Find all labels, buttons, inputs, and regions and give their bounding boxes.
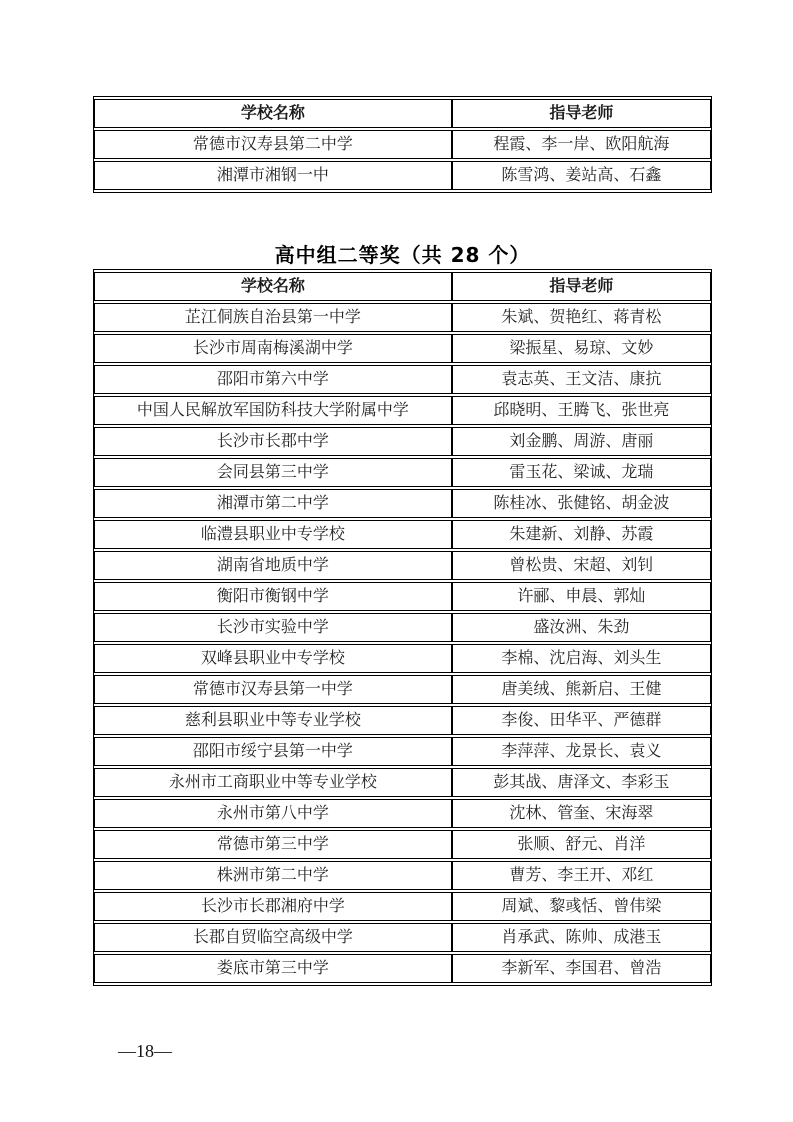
teachers-cell: 曹芳、李王开、邓红 bbox=[452, 861, 711, 890]
teachers-cell: 朱斌、贺艳红、蒋青松 bbox=[452, 303, 711, 332]
teachers-cell: 曾松贵、宋超、刘钊 bbox=[452, 551, 711, 580]
table-row: 常德市第三中学张顺、舒元、肖洋 bbox=[94, 830, 711, 859]
table-row: 邵阳市第六中学袁志英、王文洁、康抗 bbox=[94, 365, 711, 394]
table-row: 长沙市长郡中学刘金鹏、周游、唐丽 bbox=[94, 427, 711, 456]
school-name-cell: 双峰县职业中专学校 bbox=[94, 644, 452, 673]
table-body: 常德市汉寿县第二中学程霞、李一岸、欧阳航海湘潭市湘钢一中陈雪鸿、姜站高、石鑫 bbox=[94, 130, 711, 190]
school-name-cell: 长沙市实验中学 bbox=[94, 613, 452, 642]
school-name-cell: 临澧县职业中专学校 bbox=[94, 520, 452, 549]
school-name-cell: 永州市工商职业中等专业学校 bbox=[94, 768, 452, 797]
teachers-cell: 程霞、李一岸、欧阳航海 bbox=[452, 130, 711, 159]
teachers-cell: 刘金鹏、周游、唐丽 bbox=[452, 427, 711, 456]
school-name-cell: 长沙市周南梅溪湖中学 bbox=[94, 334, 452, 363]
teachers-cell: 周斌、黎彧恬、曾伟梁 bbox=[452, 892, 711, 921]
school-name-cell: 长沙市长郡湘府中学 bbox=[94, 892, 452, 921]
teachers-cell: 李棉、沈启海、刘头生 bbox=[452, 644, 711, 673]
table-row: 长沙市长郡湘府中学周斌、黎彧恬、曾伟梁 bbox=[94, 892, 711, 921]
table-row: 衡阳市衡钢中学许郦、申晨、郭灿 bbox=[94, 582, 711, 611]
table-row: 湘潭市湘钢一中陈雪鸿、姜站高、石鑫 bbox=[94, 161, 711, 190]
table-row: 株洲市第二中学曹芳、李王开、邓红 bbox=[94, 861, 711, 890]
table-row: 永州市第八中学沈林、管奎、宋海翠 bbox=[94, 799, 711, 828]
school-name-cell: 常德市第三中学 bbox=[94, 830, 452, 859]
school-name-cell: 会同县第三中学 bbox=[94, 458, 452, 487]
teachers-cell: 彭其战、唐泽文、李彩玉 bbox=[452, 768, 711, 797]
teachers-cell: 沈林、管奎、宋海翠 bbox=[452, 799, 711, 828]
table-row: 会同县第三中学雷玉花、梁诚、龙瑞 bbox=[94, 458, 711, 487]
teachers-cell: 梁振星、易琼、文妙 bbox=[452, 334, 711, 363]
school-name-cell: 湘潭市湘钢一中 bbox=[94, 161, 452, 190]
table-body: 芷江侗族自治县第一中学朱斌、贺艳红、蒋青松长沙市周南梅溪湖中学梁振星、易琼、文妙… bbox=[94, 303, 711, 983]
school-name-cell: 中国人民解放军国防科技大学附属中学 bbox=[94, 396, 452, 425]
table-row: 湖南省地质中学曾松贵、宋超、刘钊 bbox=[94, 551, 711, 580]
column-header-school-name: 学校名称 bbox=[94, 272, 452, 301]
table-row: 邵阳市绥宁县第一中学李萍萍、龙景长、袁义 bbox=[94, 737, 711, 766]
school-name-cell: 湖南省地质中学 bbox=[94, 551, 452, 580]
school-name-cell: 长沙市长郡中学 bbox=[94, 427, 452, 456]
teachers-cell: 李俊、田华平、严德群 bbox=[452, 706, 711, 735]
table-row: 长沙市周南梅溪湖中学梁振星、易琼、文妙 bbox=[94, 334, 711, 363]
school-teacher-table: 学校名称 指导老师 常德市汉寿县第二中学程霞、李一岸、欧阳航海湘潭市湘钢一中陈雪… bbox=[94, 97, 711, 192]
school-name-cell: 常德市汉寿县第一中学 bbox=[94, 675, 452, 704]
school-name-cell: 邵阳市第六中学 bbox=[94, 365, 452, 394]
column-header-teachers: 指导老师 bbox=[452, 272, 711, 301]
school-name-cell: 长郡自贸临空高级中学 bbox=[94, 923, 452, 952]
teachers-cell: 许郦、申晨、郭灿 bbox=[452, 582, 711, 611]
table-row: 临澧县职业中专学校朱建新、刘静、苏霞 bbox=[94, 520, 711, 549]
teachers-cell: 袁志英、王文洁、康抗 bbox=[452, 365, 711, 394]
school-name-cell: 娄底市第三中学 bbox=[94, 954, 452, 983]
table-row: 芷江侗族自治县第一中学朱斌、贺艳红、蒋青松 bbox=[94, 303, 711, 332]
table-row: 慈利县职业中等专业学校李俊、田华平、严德群 bbox=[94, 706, 711, 735]
page-number: —18— bbox=[118, 1041, 172, 1062]
school-name-cell: 慈利县职业中等专业学校 bbox=[94, 706, 452, 735]
table-row: 长郡自贸临空高级中学肖承武、陈帅、成港玉 bbox=[94, 923, 711, 952]
table-row: 常德市汉寿县第二中学程霞、李一岸、欧阳航海 bbox=[94, 130, 711, 159]
table-row: 双峰县职业中专学校李棉、沈启海、刘头生 bbox=[94, 644, 711, 673]
table-row: 长沙市实验中学盛汝洲、朱劲 bbox=[94, 613, 711, 642]
column-header-teachers: 指导老师 bbox=[452, 99, 711, 128]
teachers-cell: 张顺、舒元、肖洋 bbox=[452, 830, 711, 859]
teachers-cell: 唐美绒、熊新启、王健 bbox=[452, 675, 711, 704]
continued-award-table: 学校名称 指导老师 常德市汉寿县第二中学程霞、李一岸、欧阳航海湘潭市湘钢一中陈雪… bbox=[93, 96, 712, 193]
teachers-cell: 陈桂冰、张健铭、胡金波 bbox=[452, 489, 711, 518]
school-name-cell: 芷江侗族自治县第一中学 bbox=[94, 303, 452, 332]
school-name-cell: 衡阳市衡钢中学 bbox=[94, 582, 452, 611]
section-title-second-prize: 高中组二等奖（共 28 个） bbox=[93, 239, 712, 268]
teachers-cell: 邱晓明、王腾飞、张世亮 bbox=[452, 396, 711, 425]
teachers-cell: 陈雪鸿、姜站高、石鑫 bbox=[452, 161, 711, 190]
document-page: 学校名称 指导老师 常德市汉寿县第二中学程霞、李一岸、欧阳航海湘潭市湘钢一中陈雪… bbox=[0, 0, 793, 1122]
school-teacher-table: 学校名称 指导老师 芷江侗族自治县第一中学朱斌、贺艳红、蒋青松长沙市周南梅溪湖中… bbox=[94, 270, 711, 985]
table-header-row: 学校名称 指导老师 bbox=[94, 99, 711, 128]
teachers-cell: 盛汝洲、朱劲 bbox=[452, 613, 711, 642]
teachers-cell: 雷玉花、梁诚、龙瑞 bbox=[452, 458, 711, 487]
table-row: 湘潭市第二中学陈桂冰、张健铭、胡金波 bbox=[94, 489, 711, 518]
column-header-school-name: 学校名称 bbox=[94, 99, 452, 128]
teachers-cell: 李萍萍、龙景长、袁义 bbox=[452, 737, 711, 766]
table-row: 中国人民解放军国防科技大学附属中学邱晓明、王腾飞、张世亮 bbox=[94, 396, 711, 425]
school-name-cell: 邵阳市绥宁县第一中学 bbox=[94, 737, 452, 766]
table-row: 永州市工商职业中等专业学校彭其战、唐泽文、李彩玉 bbox=[94, 768, 711, 797]
school-name-cell: 常德市汉寿县第二中学 bbox=[94, 130, 452, 159]
school-name-cell: 湘潭市第二中学 bbox=[94, 489, 452, 518]
teachers-cell: 李新军、李国君、曾浩 bbox=[452, 954, 711, 983]
school-name-cell: 株洲市第二中学 bbox=[94, 861, 452, 890]
table-row: 常德市汉寿县第一中学唐美绒、熊新启、王健 bbox=[94, 675, 711, 704]
school-name-cell: 永州市第八中学 bbox=[94, 799, 452, 828]
table-row: 娄底市第三中学李新军、李国君、曾浩 bbox=[94, 954, 711, 983]
teachers-cell: 朱建新、刘静、苏霞 bbox=[452, 520, 711, 549]
table-header-row: 学校名称 指导老师 bbox=[94, 272, 711, 301]
teachers-cell: 肖承武、陈帅、成港玉 bbox=[452, 923, 711, 952]
second-prize-award-table: 学校名称 指导老师 芷江侗族自治县第一中学朱斌、贺艳红、蒋青松长沙市周南梅溪湖中… bbox=[93, 269, 712, 986]
